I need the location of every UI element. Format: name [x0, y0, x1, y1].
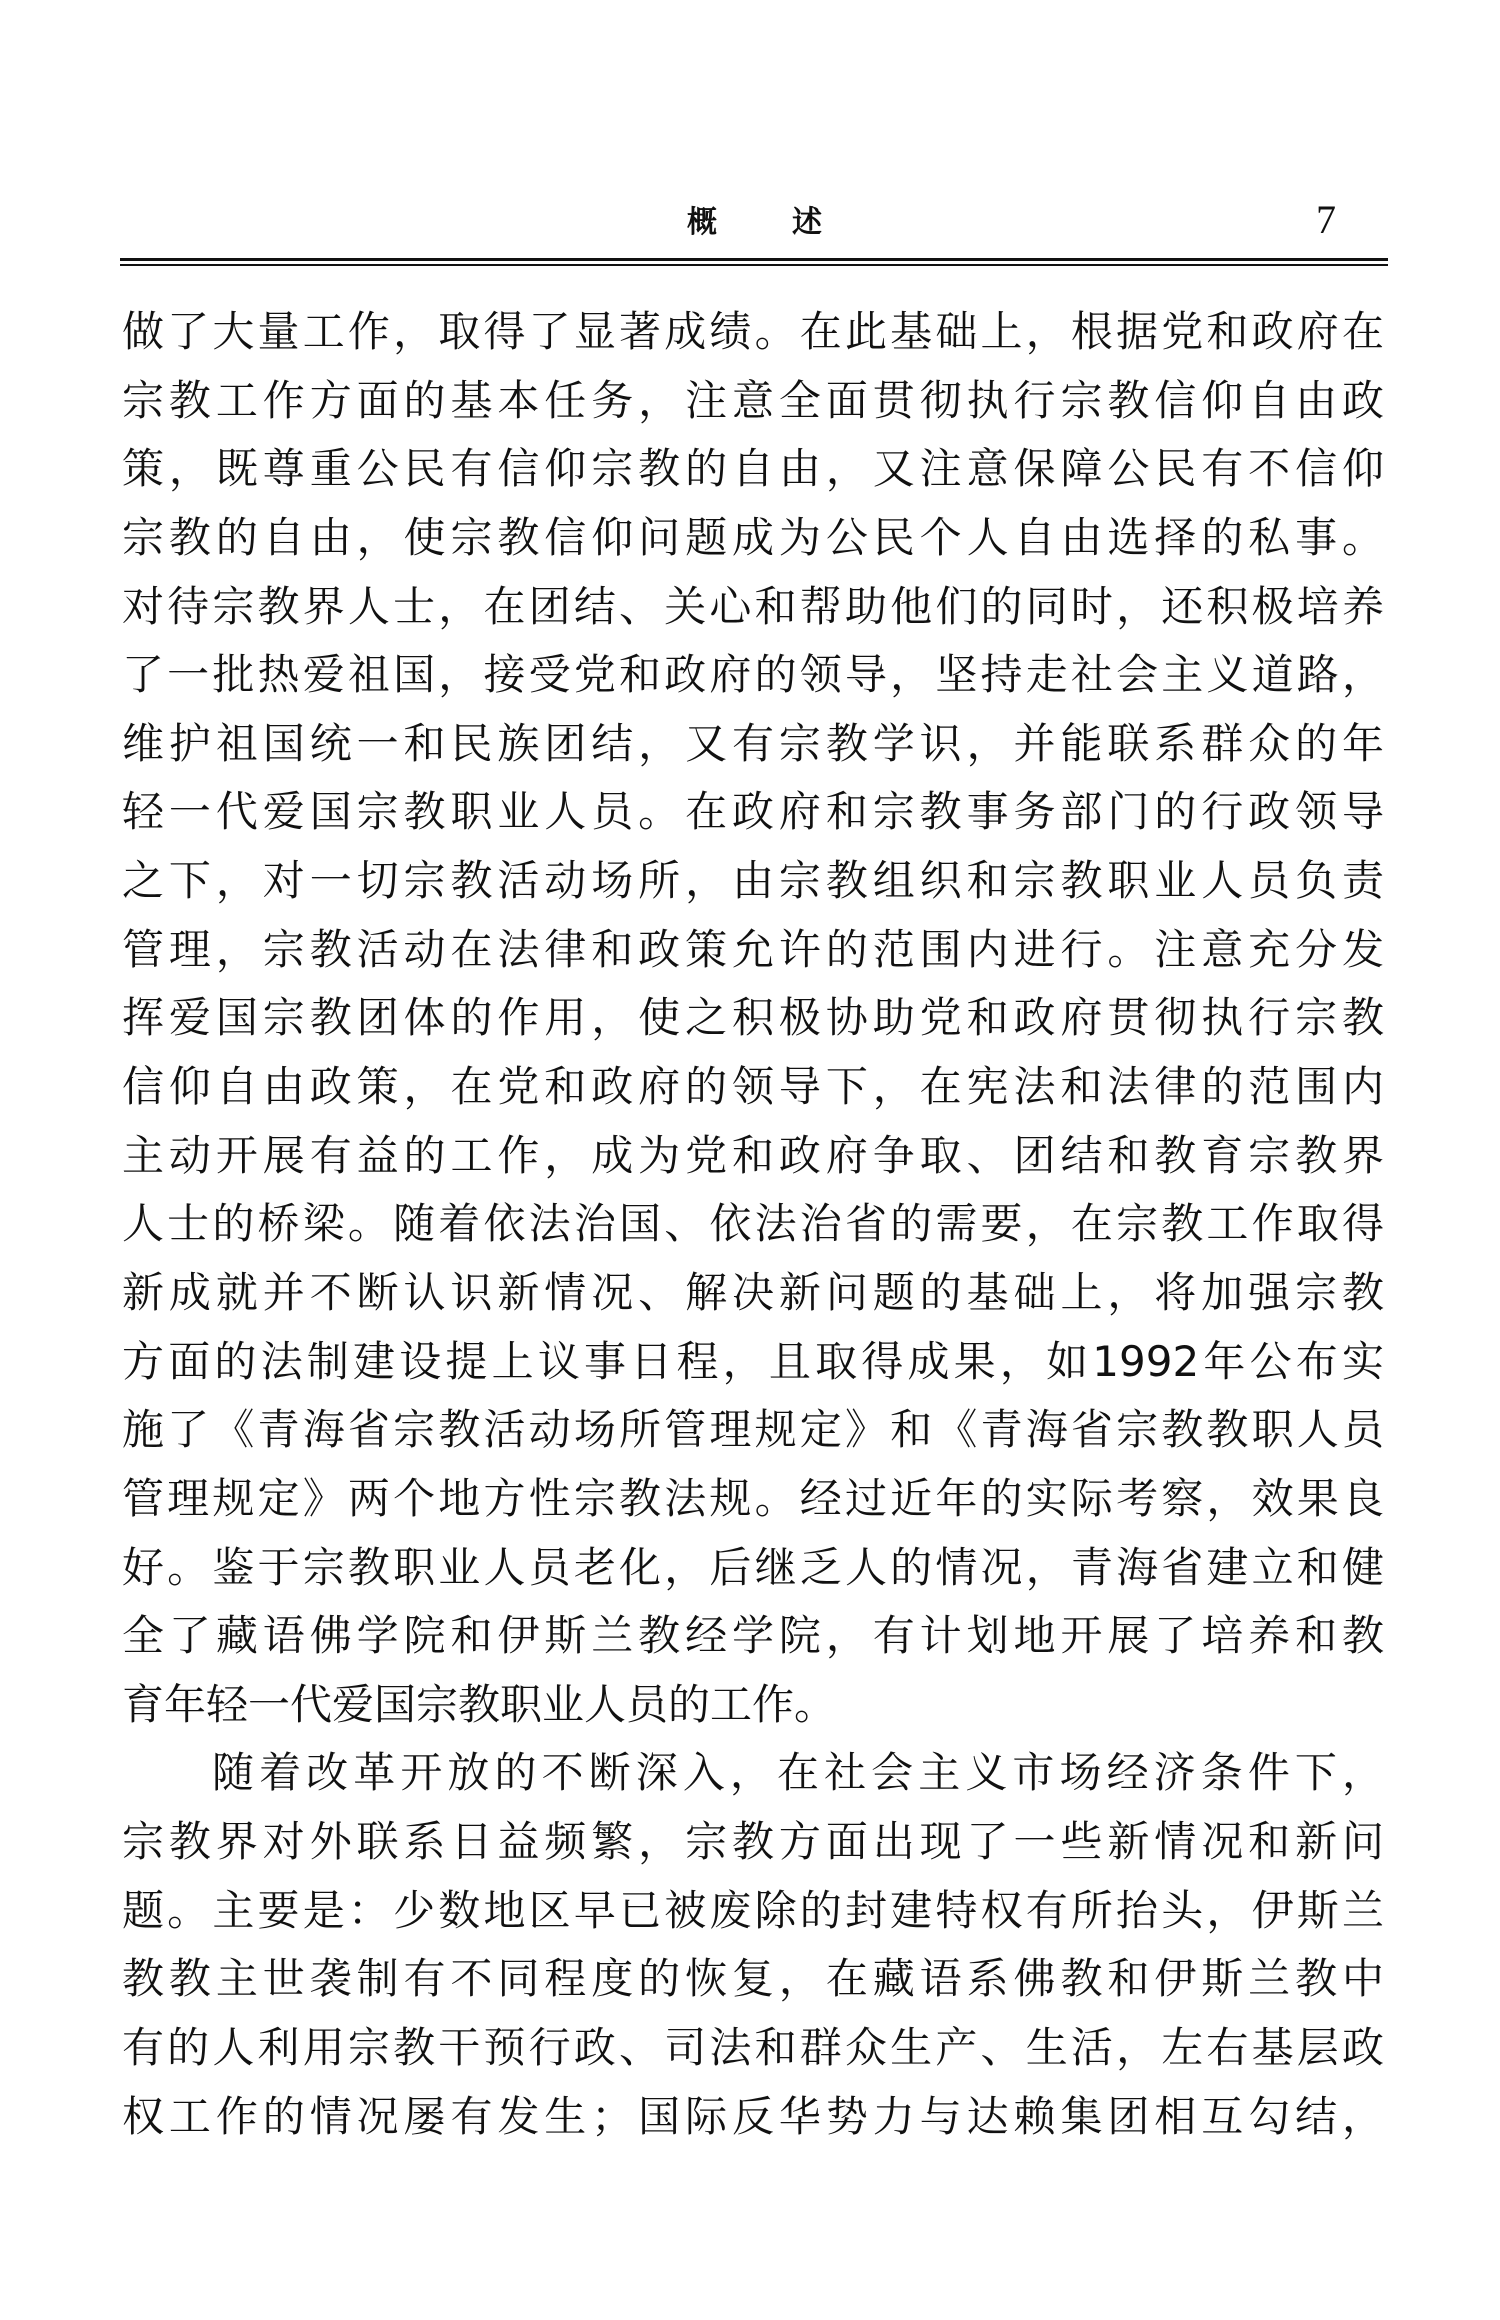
text-line: 了一批热爱祖国，接受党和政府的领导，坚持走社会主义道路， — [122, 641, 1384, 710]
text-line: 新成就并不断认识新情况、解决新问题的基础上，将加强宗教 — [122, 1259, 1384, 1328]
text-line: 之下，对一切宗教活动场所，由宗教组织和宗教职业人员负责 — [122, 847, 1384, 916]
text-line: 宗教界对外联系日益频繁，宗教方面出现了一些新情况和新问 — [122, 1808, 1384, 1877]
paragraph-end-line: 育年轻一代爱国宗教职业人员的工作。 — [122, 1671, 1384, 1740]
text-line: 全了藏语佛学院和伊斯兰教经学院，有计划地开展了培养和教 — [122, 1602, 1384, 1671]
text-line: 策，既尊重公民有信仰宗教的自由，又注意保障公民有不信仰 — [122, 435, 1384, 504]
text-line: 对待宗教界人士，在团结、关心和帮助他们的同时，还积极培养 — [122, 573, 1384, 642]
header-rule-thick — [120, 258, 1388, 261]
text-line: 题。主要是：少数地区早已被废除的封建特权有所抬头，伊斯兰 — [122, 1877, 1384, 1946]
text-line: 权工作的情况屡有发生；国际反华势力与达赖集团相互勾结， — [122, 2083, 1384, 2152]
text-line: 轻一代爱国宗教职业人员。在政府和宗教事务部门的行政领导 — [122, 778, 1384, 847]
text-line: 人士的桥梁。随着依法治国、依法治省的需要，在宗教工作取得 — [122, 1190, 1384, 1259]
body-text: 做了大量工作，取得了显著成绩。在此基础上，根据党和政府在 宗教工作方面的基本任务… — [122, 298, 1384, 2151]
text-line: 有的人利用宗教干预行政、司法和群众生产、生活，左右基层政 — [122, 2014, 1384, 2083]
text-line: 方面的法制建设提上议事日程，且取得成果，如1992年公布实 — [122, 1328, 1384, 1397]
running-head: 概述 7 — [122, 196, 1388, 246]
text-line: 管理规定》两个地方性宗教法规。经过近年的实际考察，效果良 — [122, 1465, 1384, 1534]
text-line: 教教主世袭制有不同程度的恢复，在藏语系佛教和伊斯兰教中 — [122, 1945, 1384, 2014]
header-rule-thin — [120, 264, 1388, 266]
text-line: 挥爱国宗教团体的作用，使之积极协助党和政府贯彻执行宗教 — [122, 984, 1384, 1053]
text-line: 维护祖国统一和民族团结，又有宗教学识，并能联系群众的年 — [122, 710, 1384, 779]
text-line: 好。鉴于宗教职业人员老化，后继乏人的情况，青海省建立和健 — [122, 1534, 1384, 1603]
text-line: 宗教的自由，使宗教信仰问题成为公民个人自由选择的私事。 — [122, 504, 1384, 573]
text-line: 施了《青海省宗教活动场所管理规定》和《青海省宗教教职人员 — [122, 1396, 1384, 1465]
paragraph-start-line: 随着改革开放的不断深入，在社会主义市场经济条件下， — [122, 1739, 1384, 1808]
chapter-title: 概述 — [687, 206, 897, 240]
text-line: 做了大量工作，取得了显著成绩。在此基础上，根据党和政府在 — [122, 298, 1384, 367]
text-line: 主动开展有益的工作，成为党和政府争取、团结和教育宗教界 — [122, 1122, 1384, 1191]
page-number: 7 — [1316, 198, 1336, 242]
text-line: 管理，宗教活动在法律和政策允许的范围内进行。注意充分发 — [122, 916, 1384, 985]
text-line: 信仰自由政策，在党和政府的领导下，在宪法和法律的范围内 — [122, 1053, 1384, 1122]
text-line: 宗教工作方面的基本任务，注意全面贯彻执行宗教信仰自由政 — [122, 367, 1384, 436]
